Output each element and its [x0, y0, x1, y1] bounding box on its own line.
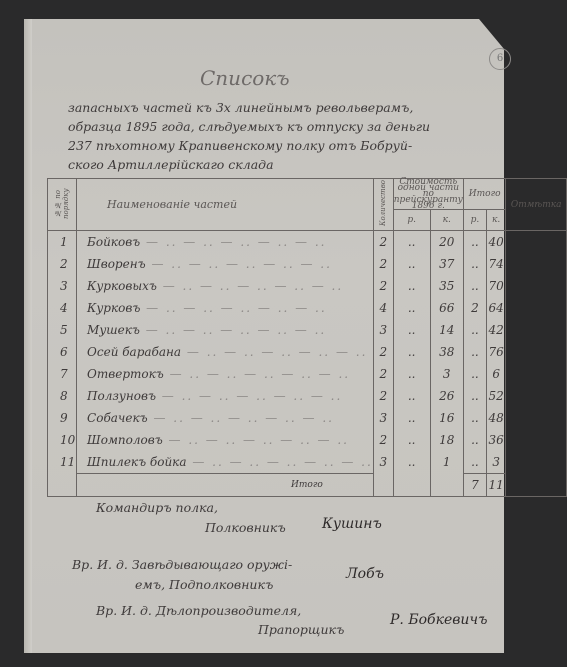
remarks: [506, 429, 567, 451]
remarks: [506, 275, 567, 297]
row-number: 9: [48, 407, 77, 429]
total-row: Итого711: [48, 474, 567, 497]
header-row: №№ по порядку Наименованіе частей Количе…: [48, 179, 567, 210]
price-kop: 20: [430, 231, 463, 254]
quantity: 2: [373, 275, 393, 297]
header-total: Итого: [463, 179, 506, 210]
parts-table: №№ по порядку Наименованіе частей Количе…: [47, 178, 567, 497]
remarks: [506, 253, 567, 275]
price-rub: ..: [393, 451, 430, 474]
armory-title: Вр. И. д. Завѣдывающаго оружі-: [72, 557, 292, 572]
total-rub: ..: [463, 231, 486, 254]
document-subtitle: запасныхъ частей къ 3х линейнымъ револьв…: [68, 98, 508, 174]
remarks: [506, 363, 567, 385]
part-name: Бойковъ — .. — .. — .. — .. — ..: [77, 231, 374, 254]
leader-dots: — .. — .. — .. — .. — ..: [164, 367, 350, 381]
total-rub: ..: [463, 319, 486, 341]
part-name: Отвертокъ — .. — .. — .. — .. — ..: [77, 363, 374, 385]
leader-dots: — .. — .. — .. — .. — ..: [181, 345, 367, 359]
total-label: Итого: [77, 474, 374, 497]
quantity: 2: [373, 363, 393, 385]
part-name-text: Курковыхъ: [87, 279, 157, 293]
header-price: Стоимость одной части по прейскуранту 18…: [393, 179, 463, 210]
subtitle-line: 237 пѣхотному Крапивенскому полку отъ Бо…: [68, 136, 508, 155]
empty-cell: [393, 474, 430, 497]
remarks: [506, 231, 567, 254]
part-name-text: Бойковъ: [87, 235, 140, 249]
leader-dots: — .. — .. — .. — .. — ..: [140, 235, 326, 249]
table-row: 6Осей барабана — .. — .. — .. — .. — ..2…: [48, 341, 567, 363]
part-name: Собачекъ — .. — .. — .. — .. — ..: [77, 407, 374, 429]
leader-dots: — .. — .. — .. — .. — ..: [140, 301, 326, 315]
empty-cell: [373, 474, 393, 497]
price-kop: 38: [430, 341, 463, 363]
part-name: Шомполовъ — .. — .. — .. — .. — ..: [77, 429, 374, 451]
remarks: [506, 341, 567, 363]
price-rub: ..: [393, 297, 430, 319]
row-number: 2: [48, 253, 77, 275]
table-row: 8Ползуновъ — .. — .. — .. — .. — ..2..26…: [48, 385, 567, 407]
total-rub: 7: [463, 474, 486, 497]
part-name-text: Осей барабана: [87, 345, 181, 359]
row-number: 7: [48, 363, 77, 385]
quantity: 2: [373, 231, 393, 254]
table-row: 4Курковъ — .. — .. — .. — .. — ..4..6626…: [48, 297, 567, 319]
quantity: 3: [373, 319, 393, 341]
remarks: [506, 385, 567, 407]
leader-dots: — .. — .. — .. — .. — ..: [140, 323, 326, 337]
price-kop: 18: [430, 429, 463, 451]
row-number: 5: [48, 319, 77, 341]
part-name-text: Ползуновъ: [87, 389, 156, 403]
quantity: 4: [373, 297, 393, 319]
part-name-text: Шворенъ: [87, 257, 146, 271]
page-fold: [24, 19, 32, 653]
total-rub: ..: [463, 363, 486, 385]
header-remarks: Отмѣтка: [506, 179, 567, 231]
total-kop: 40: [486, 231, 506, 254]
total-kop: 36: [486, 429, 506, 451]
row-number: 4: [48, 297, 77, 319]
row-number: 10: [48, 429, 77, 451]
total-rub: ..: [463, 341, 486, 363]
price-kop: 14: [430, 319, 463, 341]
remarks: [506, 451, 567, 474]
price-rub: ..: [393, 429, 430, 451]
total-kop: 6: [486, 363, 506, 385]
price-kop: 37: [430, 253, 463, 275]
total-rub: ..: [463, 429, 486, 451]
table-row: 11Шпилекъ бойка — .. — .. — .. — .. — ..…: [48, 451, 567, 474]
empty-cell: [430, 474, 463, 497]
remarks: [506, 407, 567, 429]
part-name: Шворенъ — .. — .. — .. — .. — ..: [77, 253, 374, 275]
leader-dots: — .. — .. — .. — .. — ..: [187, 455, 373, 469]
part-name-text: Отвертокъ: [87, 367, 164, 381]
price-rub: ..: [393, 363, 430, 385]
price-kop: 35: [430, 275, 463, 297]
row-number: 3: [48, 275, 77, 297]
leader-dots: — .. — .. — .. — .. — ..: [148, 411, 334, 425]
document-title: Списокъ: [200, 66, 290, 90]
table-row: 2Шворенъ — .. — .. — .. — .. — ..2..37..…: [48, 253, 567, 275]
price-rub: ..: [393, 253, 430, 275]
quantity: 2: [373, 385, 393, 407]
price-kop: 3: [430, 363, 463, 385]
subtitle-line: запасныхъ частей къ 3х линейнымъ револьв…: [68, 98, 508, 117]
total-kop: 52: [486, 385, 506, 407]
armory-signature: Лобъ: [346, 566, 384, 582]
row-number: 11: [48, 451, 77, 474]
total-rub: ..: [463, 253, 486, 275]
part-name: Курковъ — .. — .. — .. — .. — ..: [77, 297, 374, 319]
total-rub: ..: [463, 451, 486, 474]
total-rub: ..: [463, 407, 486, 429]
part-name: Шпилекъ бойка — .. — .. — .. — .. — ..: [77, 451, 374, 474]
table-row: 3Курковыхъ — .. — .. — .. — .. — ..2..35…: [48, 275, 567, 297]
row-number: 8: [48, 385, 77, 407]
armory-rank: емъ, Подполковникъ: [135, 577, 273, 592]
price-kop: 26: [430, 385, 463, 407]
quantity: 2: [373, 341, 393, 363]
price-kop: 1: [430, 451, 463, 474]
total-kop: 42: [486, 319, 506, 341]
quantity: 3: [373, 451, 393, 474]
leader-dots: — .. — .. — .. — .. — ..: [157, 279, 343, 293]
header-total-rub: р.: [463, 210, 486, 231]
row-number: 1: [48, 231, 77, 254]
total-kop: 64: [486, 297, 506, 319]
clerk-title: Вр. И. д. Дѣлопроизводителя,: [96, 603, 301, 618]
total-rub: 2: [463, 297, 486, 319]
leader-dots: — .. — .. — .. — .. — ..: [146, 257, 332, 271]
total-rub: ..: [463, 385, 486, 407]
table-row: 1Бойковъ — .. — .. — .. — .. — ..2..20..…: [48, 231, 567, 254]
header-price-kop: к.: [430, 210, 463, 231]
total-kop: 74: [486, 253, 506, 275]
header-price-rub: р.: [393, 210, 430, 231]
part-name-text: Курковъ: [87, 301, 140, 315]
commander-signature: Кушинъ: [322, 516, 382, 532]
part-name: Ползуновъ — .. — .. — .. — .. — ..: [77, 385, 374, 407]
header-total-kop: к.: [486, 210, 506, 231]
part-name: Мушекъ — .. — .. — .. — .. — ..: [77, 319, 374, 341]
part-name-text: Шпилекъ бойка: [87, 455, 186, 469]
price-rub: ..: [393, 275, 430, 297]
quantity: 3: [373, 407, 393, 429]
subtitle-line: образца 1895 года, слѣдуемыхъ къ отпуску…: [68, 117, 508, 136]
total-kop: 11: [486, 474, 506, 497]
table-row: 9Собачекъ — .. — .. — .. — .. — ..3..16.…: [48, 407, 567, 429]
price-rub: ..: [393, 231, 430, 254]
empty-cell: [506, 474, 567, 497]
remarks: [506, 297, 567, 319]
part-name: Курковыхъ — .. — .. — .. — .. — ..: [77, 275, 374, 297]
empty-cell: [48, 474, 77, 497]
quantity: 2: [373, 429, 393, 451]
total-rub: ..: [463, 275, 486, 297]
part-name-text: Шомполовъ: [87, 433, 163, 447]
row-number: 6: [48, 341, 77, 363]
price-rub: ..: [393, 407, 430, 429]
price-kop: 16: [430, 407, 463, 429]
total-kop: 3: [486, 451, 506, 474]
total-kop: 48: [486, 407, 506, 429]
part-name-text: Мушекъ: [87, 323, 140, 337]
part-name-text: Собачекъ: [87, 411, 148, 425]
header-number: №№ по порядку: [48, 179, 77, 231]
subtitle-line: ского Артиллерійскаго склада: [68, 155, 508, 174]
clerk-rank: Прапорщикъ: [258, 622, 344, 637]
commander-title: Командиръ полка,: [96, 500, 218, 515]
clerk-signature: Р. Бобкевичъ: [390, 612, 487, 628]
table-row: 10Шомполовъ — .. — .. — .. — .. — ..2..1…: [48, 429, 567, 451]
price-rub: ..: [393, 385, 430, 407]
price-rub: ..: [393, 319, 430, 341]
price-kop: 66: [430, 297, 463, 319]
total-kop: 76: [486, 341, 506, 363]
header-name: Наименованіе частей: [77, 179, 374, 231]
remarks: [506, 319, 567, 341]
page-number: 6: [489, 48, 511, 70]
part-name: Осей барабана — .. — .. — .. — .. — ..: [77, 341, 374, 363]
leader-dots: — .. — .. — .. — .. — ..: [156, 389, 342, 403]
header-quantity: Количество: [373, 179, 393, 231]
total-kop: 70: [486, 275, 506, 297]
quantity: 2: [373, 253, 393, 275]
table-row: 5Мушекъ — .. — .. — .. — .. — ..3..14..4…: [48, 319, 567, 341]
price-rub: ..: [393, 341, 430, 363]
leader-dots: — .. — .. — .. — .. — ..: [163, 433, 349, 447]
commander-rank: Полковникъ: [205, 520, 286, 535]
table-row: 7Отвертокъ — .. — .. — .. — .. — ..2..3.…: [48, 363, 567, 385]
